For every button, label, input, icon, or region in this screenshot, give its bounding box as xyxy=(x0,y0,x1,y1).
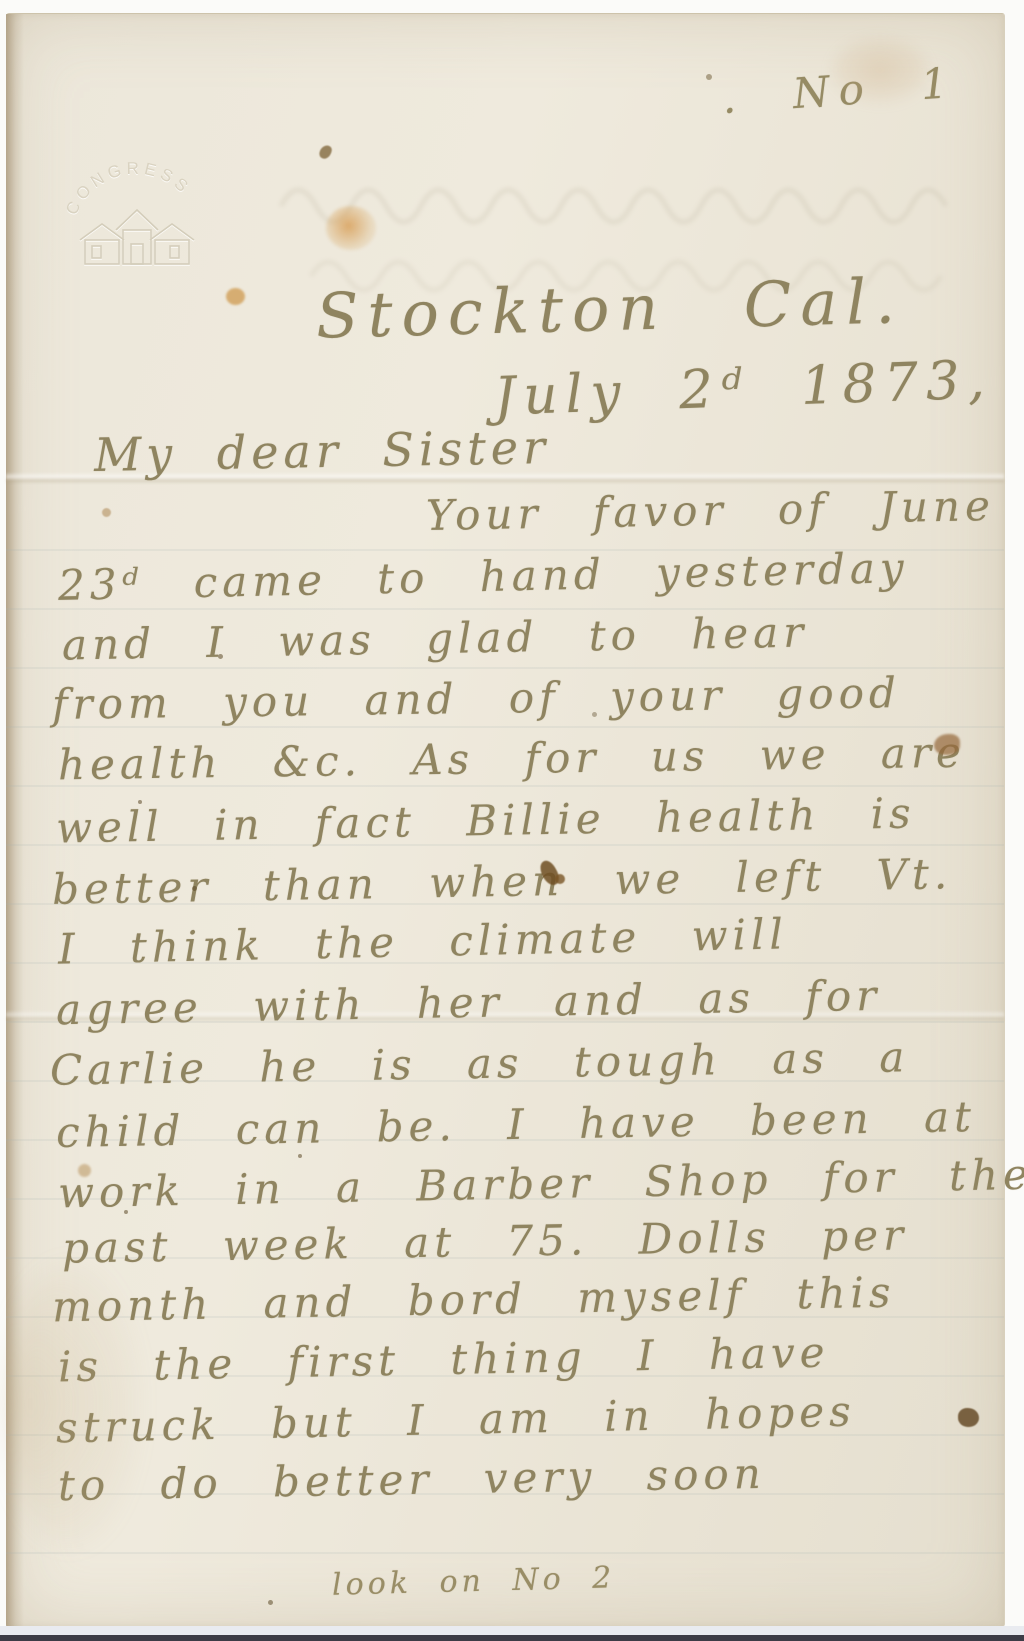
letter-paper: CONGRESS . No 1 Stockton Cal. July xyxy=(6,13,1005,1627)
letter-body-line: past week at 75. Dolls per xyxy=(62,1210,909,1272)
ink-speck xyxy=(298,1154,302,1158)
ink-speck xyxy=(706,74,712,80)
house-emboss-icon xyxy=(80,210,194,264)
stain-spot xyxy=(318,143,334,160)
letter-body-line: Your favor of June xyxy=(426,481,996,540)
stain-spot xyxy=(226,288,245,305)
letter-body-line: I think the climate will xyxy=(58,909,789,973)
page-number-note: . No 1 xyxy=(721,58,959,123)
ink-speck xyxy=(268,1600,273,1605)
letter-body-line: to do better very soon xyxy=(58,1449,766,1510)
footer-continuation-note: look on No 2 xyxy=(332,1560,616,1602)
salutation: My dear Sister xyxy=(94,420,551,482)
letter-body-line: well in fact Billie health is xyxy=(56,789,916,853)
heading-place: Stockton Cal. xyxy=(315,264,905,352)
letter-body-line: agree with her and as for xyxy=(56,971,882,1034)
heading-date: July 2ᵈ 1873, xyxy=(493,349,993,427)
letter-body-line: health &c. As for us we are xyxy=(58,728,966,790)
stain-spot xyxy=(102,508,111,517)
letter-body-line: better than when we left Vt. xyxy=(52,849,953,914)
letter-body-line: 23ᵈ came to hand yesterday xyxy=(58,543,910,610)
letter-body-line: is the first thing I have xyxy=(58,1328,830,1392)
scan-bottom-band xyxy=(0,1635,1024,1641)
ink-bleedthrough xyxy=(276,164,976,234)
congress-embossed-seal: CONGRESS xyxy=(46,120,226,280)
letter-body-line: and I was glad to hear xyxy=(62,607,809,669)
letter-body-line: from you and of your good xyxy=(52,668,901,729)
letter-body-line: child can be. I have been at xyxy=(56,1092,977,1157)
letter-body-line: struck but I am in hopes xyxy=(56,1387,857,1453)
stain-spot xyxy=(326,206,376,250)
seal-arc-text: CONGRESS xyxy=(62,159,195,218)
stain-spot xyxy=(958,1408,979,1427)
paper-left-fold-edge xyxy=(6,14,24,1627)
letter-body-line: work in a Barber Shop for the xyxy=(58,1150,1024,1218)
scanned-letter-page: CONGRESS . No 1 Stockton Cal. July xyxy=(0,0,1024,1641)
letter-body-line: month and bord myself this xyxy=(52,1268,896,1332)
scan-bottom-strip xyxy=(0,1626,1024,1635)
letter-body-line: Carlie he is as tough as a xyxy=(50,1032,910,1094)
